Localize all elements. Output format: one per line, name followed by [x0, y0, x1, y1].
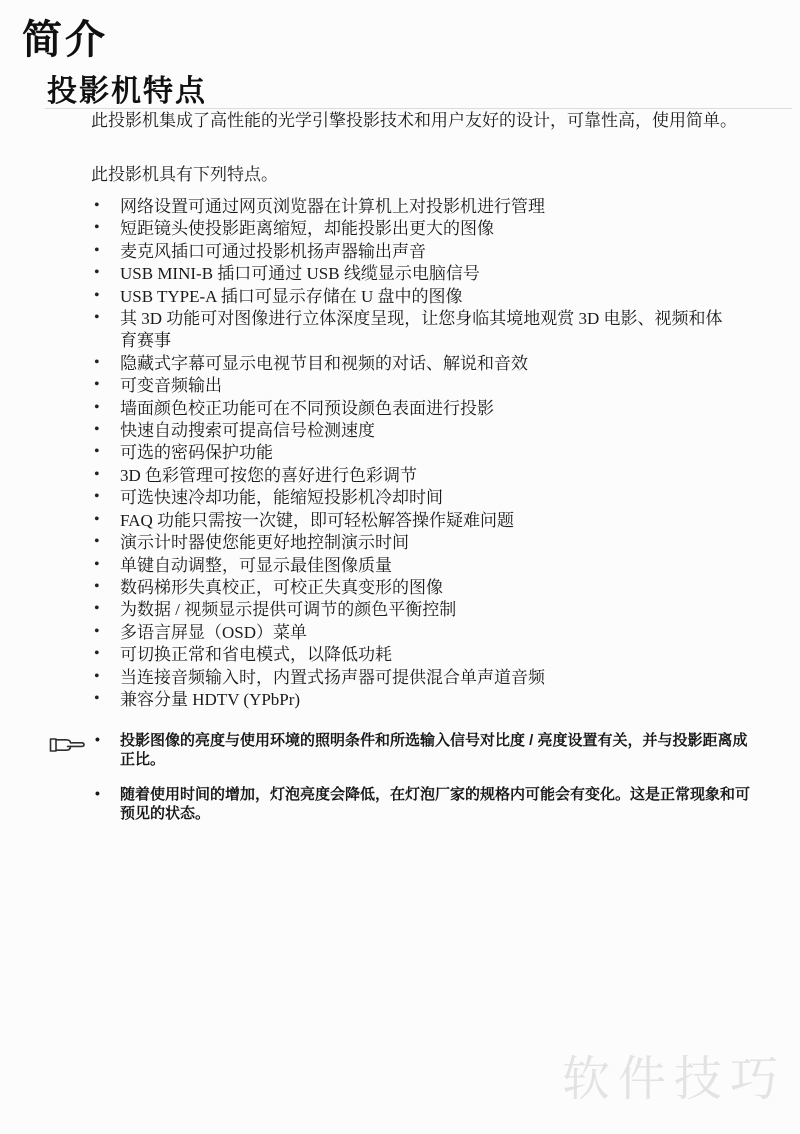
feature-item: • 可变音频输出	[91, 375, 725, 397]
bullet-icon: •	[94, 419, 100, 441]
feature-item: • 兼容分量 HDTV (YPbPr)	[91, 689, 725, 711]
feature-text: 可切换正常和省电模式，以降低功耗	[120, 645, 392, 664]
pointing-hand-icon	[48, 734, 86, 756]
feature-text: 可选快速冷却功能，能缩短投影机冷却时间	[120, 488, 443, 507]
bullet-icon: •	[94, 464, 100, 486]
feature-text: 麦克风插口可通过投影机扬声器输出声音	[120, 242, 426, 261]
feature-text: 短距镜头使投影距离缩短，却能投影出更大的图像	[120, 219, 494, 238]
feature-text: 可变音频输出	[120, 376, 222, 395]
bullet-icon: •	[94, 643, 100, 665]
feature-text: 快速自动搜索可提高信号检测速度	[120, 421, 375, 440]
feature-item: • 网络设置可通过网页浏览器在计算机上对投影机进行管理	[91, 196, 725, 218]
feature-list: • 网络设置可通过网页浏览器在计算机上对投影机进行管理 • 短距镜头使投影距离缩…	[91, 196, 725, 711]
feature-text: 多语言屏显（OSD）菜单	[120, 623, 307, 642]
bullet-icon: •	[94, 688, 100, 710]
bullet-icon: •	[94, 486, 100, 508]
feature-text: 其 3D 功能可对图像进行立体深度呈现，让您身临其境地观赏 3D 电影、视频和体…	[120, 309, 723, 350]
feature-text: 隐藏式字幕可显示电视节目和视频的对话、解说和音效	[120, 354, 528, 373]
feature-text: 墙面颜色校正功能可在不同预设颜色表面进行投影	[120, 399, 494, 418]
intro-paragraph: 此投影机具有下列特点。	[91, 165, 739, 185]
feature-item: • 单键自动调整，可显示最佳图像质量	[91, 555, 725, 577]
bullet-icon: •	[94, 217, 100, 239]
note-item: • 随着使用时间的增加，灯泡亮度会降低，在灯泡厂家的规格内可能会有变化。这是正常…	[94, 785, 762, 823]
feature-text: 网络设置可通过网页浏览器在计算机上对投影机进行管理	[120, 197, 545, 216]
feature-item: • 为数据 / 视频显示提供可调节的颜色平衡控制	[91, 599, 725, 621]
feature-item: • 数码梯形失真校正，可校正失真变形的图像	[91, 577, 725, 599]
feature-item: • 可选快速冷却功能，能缩短投影机冷却时间	[91, 487, 725, 509]
feature-text: 3D 色彩管理可按您的喜好进行色彩调节	[120, 466, 417, 485]
feature-text: 单键自动调整，可显示最佳图像质量	[120, 556, 392, 575]
chapter-title: 简介	[22, 8, 108, 65]
bullet-icon: •	[94, 598, 100, 620]
feature-item: • 3D 色彩管理可按您的喜好进行色彩调节	[91, 465, 725, 487]
feature-text: 兼容分量 HDTV (YPbPr)	[120, 690, 300, 709]
watermark-text: 软件技巧	[562, 1040, 786, 1109]
feature-item: • 短距镜头使投影距离缩短，却能投影出更大的图像	[91, 218, 725, 240]
section-rule-divider	[45, 108, 792, 109]
bullet-icon: •	[94, 262, 100, 284]
bullet-icon: •	[94, 240, 100, 262]
feature-item: • 麦克风插口可通过投影机扬声器输出声音	[91, 241, 725, 263]
bullet-icon: •	[94, 195, 100, 217]
feature-text: FAQ 功能只需按一次键，即可轻松解答操作疑难问题	[120, 511, 514, 530]
feature-item: • 演示计时器使您能更好地控制演示时间	[91, 532, 725, 554]
bullet-icon: •	[94, 352, 100, 374]
bullet-icon: •	[94, 666, 100, 688]
feature-text: USB TYPE-A 插口可显示存储在 U 盘中的图像	[120, 287, 463, 306]
feature-item: • 其 3D 功能可对图像进行立体深度呈现，让您身临其境地观赏 3D 电影、视频…	[91, 308, 725, 353]
bullet-icon: •	[95, 784, 100, 803]
bullet-icon: •	[94, 509, 100, 531]
bullet-icon: •	[94, 374, 100, 396]
note-list: • 投影图像的亮度与使用环境的照明条件和所选输入信号对比度 / 亮度设置有关，并…	[94, 731, 762, 823]
note-text: 随着使用时间的增加，灯泡亮度会降低，在灯泡厂家的规格内可能会有变化。这是正常现象…	[120, 786, 750, 822]
manual-page: 简介 投影机特点 此投影机集成了高性能的光学引擎投影技术和用户友好的设计，可靠性…	[0, 0, 800, 1134]
bullet-icon: •	[94, 307, 100, 329]
feature-item: • 可切换正常和省电模式，以降低功耗	[91, 644, 725, 666]
bullet-icon: •	[94, 441, 100, 463]
feature-item: • 墙面颜色校正功能可在不同预设颜色表面进行投影	[91, 398, 725, 420]
feature-item: • USB TYPE-A 插口可显示存储在 U 盘中的图像	[91, 286, 725, 308]
feature-item: • 可选的密码保护功能	[91, 442, 725, 464]
bullet-icon: •	[94, 554, 100, 576]
section-title: 投影机特点	[47, 66, 207, 110]
notes-section: • 投影图像的亮度与使用环境的照明条件和所选输入信号对比度 / 亮度设置有关，并…	[48, 731, 792, 839]
bullet-icon: •	[94, 621, 100, 643]
feature-text: 可选的密码保护功能	[120, 443, 273, 462]
bullet-icon: •	[94, 576, 100, 598]
feature-item: • 当连接音频输入时，内置式扬声器可提供混合单声道音频	[91, 667, 725, 689]
feature-item: • 快速自动搜索可提高信号检测速度	[91, 420, 725, 442]
feature-text: 当连接音频输入时，内置式扬声器可提供混合单声道音频	[120, 668, 545, 687]
feature-text: 数码梯形失真校正，可校正失真变形的图像	[120, 578, 443, 597]
note-item: • 投影图像的亮度与使用环境的照明条件和所选输入信号对比度 / 亮度设置有关，并…	[94, 731, 762, 769]
intro-paragraph: 此投影机集成了高性能的光学引擎投影技术和用户友好的设计，可靠性高，使用简单。	[91, 111, 739, 131]
feature-text: USB MINI-B 插口可通过 USB 线缆显示电脑信号	[120, 264, 480, 283]
feature-item: • 多语言屏显（OSD）菜单	[91, 622, 725, 644]
feature-item: • 隐藏式字幕可显示电视节目和视频的对话、解说和音效	[91, 353, 725, 375]
note-text: 投影图像的亮度与使用环境的照明条件和所选输入信号对比度 / 亮度设置有关，并与投…	[120, 732, 748, 768]
bullet-icon: •	[94, 285, 100, 307]
bullet-icon: •	[94, 397, 100, 419]
feature-item: • FAQ 功能只需按一次键，即可轻松解答操作疑难问题	[91, 510, 725, 532]
bullet-icon: •	[95, 730, 100, 749]
feature-item: • USB MINI-B 插口可通过 USB 线缆显示电脑信号	[91, 263, 725, 285]
feature-text: 演示计时器使您能更好地控制演示时间	[120, 533, 409, 552]
feature-text: 为数据 / 视频显示提供可调节的颜色平衡控制	[120, 600, 456, 619]
bullet-icon: •	[94, 531, 100, 553]
